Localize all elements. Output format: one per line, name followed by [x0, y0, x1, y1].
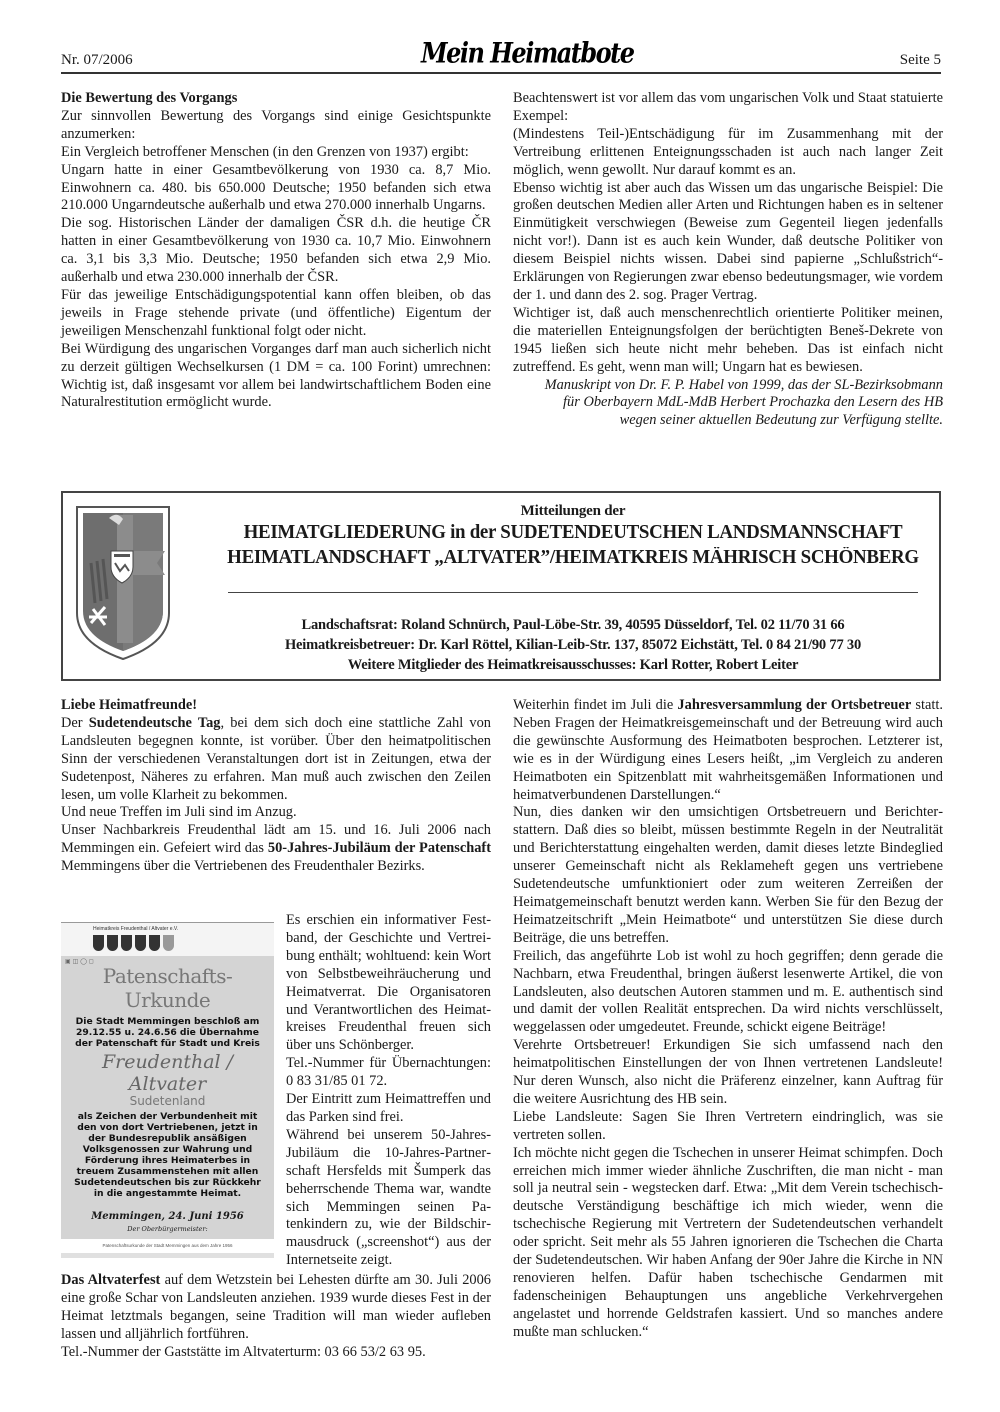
greeting-heading: Liebe Heimatfreunde!: [61, 697, 197, 713]
crest-icon: [149, 935, 160, 951]
box-title-line1: HEIMATGLIEDERUNG in der SUDETENDEUTSCHEN…: [224, 520, 922, 545]
crest-icon: [121, 935, 132, 951]
article-bewertung-left: Die Bewertung des Vorgangs Zur sinnvolle…: [61, 90, 491, 412]
paragraph: Weiterhin findet im Juli die Jahresversa…: [513, 697, 943, 804]
contact-landschaftsrat: Landschaftsrat: Roland Schnürch, Paul-Lö…: [213, 615, 933, 635]
crest-icon: [93, 935, 104, 951]
paragraph: Es erschien ein informativer Fest­band, …: [286, 912, 491, 1055]
article-bewertung-right: Beachtenswert ist vor allem das vom unga…: [513, 90, 943, 430]
article-heimatfreunde-left: Liebe Heimatfreunde! Der Sudetendeutsche…: [61, 697, 491, 876]
paragraph: Ein Vergleich betroffener Menschen (in d…: [61, 144, 491, 162]
article-credit: Manuskript von Dr. F. P. Habel von 1999,…: [513, 377, 943, 431]
article-heading: Die Bewertung des Vorgangs: [61, 90, 237, 106]
shield-emblem-icon: [73, 503, 173, 663]
paragraph: Beachtenswert ist vor allem das vom unga…: [513, 90, 943, 126]
paragraph: Tel.-Nummer für Übernachtun­gen: 0 83 31…: [286, 1055, 491, 1091]
issue-number: Nr. 07/2006: [61, 52, 133, 69]
screenshot-org-name: Heimatkreis Freudenthal / Altvater e.V.: [93, 926, 178, 932]
page-number: Seite 5: [900, 52, 941, 69]
coat-of-arms-icons: [93, 935, 174, 951]
paragraph: Verehrte Ortsbetreuer! Erkundigen Sie si…: [513, 1037, 943, 1109]
paragraph: Ebenso wichtig ist aber auch das Wissen …: [513, 180, 943, 305]
paragraph: (Mindestens Teil-)Entschädigung für im Z…: [513, 126, 943, 180]
paragraph: Wichtiger ist, daß auch menschenrechtlic…: [513, 305, 943, 377]
box-kicker: Mitteilungen der: [213, 503, 933, 520]
box-title-line2: HEIMATLANDSCHAFT „ALTVATER”/HEIMATKREIS …: [224, 545, 922, 570]
paragraph: Das Altvaterfest auf dem Wetzstein bei L…: [61, 1272, 491, 1344]
paragraph: Zur sinnvollen Bewertung des Vorgangs si…: [61, 108, 491, 144]
paragraph: Liebe Landsleute: Sagen Sie Ihren Vertre…: [513, 1109, 943, 1145]
paragraph: Tel.-Nummer der Gaststätte im Altvatertu…: [61, 1344, 491, 1362]
article-heimatfreunde-right: Weiterhin findet im Juli die Jahresversa…: [513, 697, 943, 1342]
paragraph: Der Eintritt zum Heimattreffen und das P…: [286, 1091, 491, 1127]
box-text: Mitteilungen der HEIMATGLIEDERUNG in der…: [213, 501, 933, 675]
paragraph: Unser Nachbarkreis Freudenthal lädt am 1…: [61, 822, 491, 876]
patenschaft-screenshot-image: Heimatkreis Freudenthal / Altvater e.V. …: [61, 922, 274, 1258]
urkunde-document: ▣ ◫ ◯ ◻ Patenschafts-Urkunde Die Stadt M…: [61, 956, 274, 1239]
urkunde-title: Patenschafts-Urkunde: [61, 964, 274, 1012]
paragraph: Für das jeweilige Entschädigungspotentia…: [61, 287, 491, 341]
paragraph: Ich möchte nicht gegen die Tschechen in …: [513, 1145, 943, 1342]
paragraph: Die sog. Historischen Länder der damalig…: [61, 215, 491, 287]
paragraph: Und neue Treffen im Juli sind im Anzug.: [61, 804, 491, 822]
heimatgliederung-box: Mitteilungen der HEIMATGLIEDERUNG in der…: [61, 491, 941, 681]
contact-ausschuss: Weitere Mitglieder des Heimatkreisaussch…: [213, 655, 933, 675]
paragraph: Nun, dies danken wir den umsichtigen Ort…: [513, 804, 943, 947]
contact-heimatkreisbetreuer: Heimatkreisbetreuer: Dr. Karl Röttel, Ki…: [213, 635, 933, 655]
article-altvaterfest: Das Altvaterfest auf dem Wetzstein bei L…: [61, 1272, 491, 1362]
paragraph: Während bei unserem 50-Jahres-Jubiläum d…: [286, 1127, 491, 1270]
paragraph: Ungarn hatte in einer Gesamtbevölkerung …: [61, 162, 491, 216]
paragraph: Der Sudetendeutsche Tag, bei dem sich do…: [61, 715, 491, 805]
paragraph: Freilich, das angeführte Lob ist wohl zu…: [513, 948, 943, 1038]
crest-icon: [163, 935, 174, 951]
masthead-logo: Mein Heimatbote: [421, 36, 634, 69]
divider: [228, 592, 918, 593]
crest-icon: [107, 935, 118, 951]
image-caption: Patenschaftsurkunde der Stadt Memmingen …: [61, 1239, 274, 1253]
crest-icon: [135, 935, 146, 951]
article-heimatfreunde-inner: Es erschien ein informativer Fest­band, …: [286, 912, 491, 1270]
paragraph: Bei Würdigung des ungarischen Vorganges …: [61, 341, 491, 413]
page-header: Nr. 07/2006 Mein Heimatbote Seite 5: [61, 44, 941, 74]
toolbar-icons: ▣ ◫ ◯ ◻: [65, 958, 94, 965]
